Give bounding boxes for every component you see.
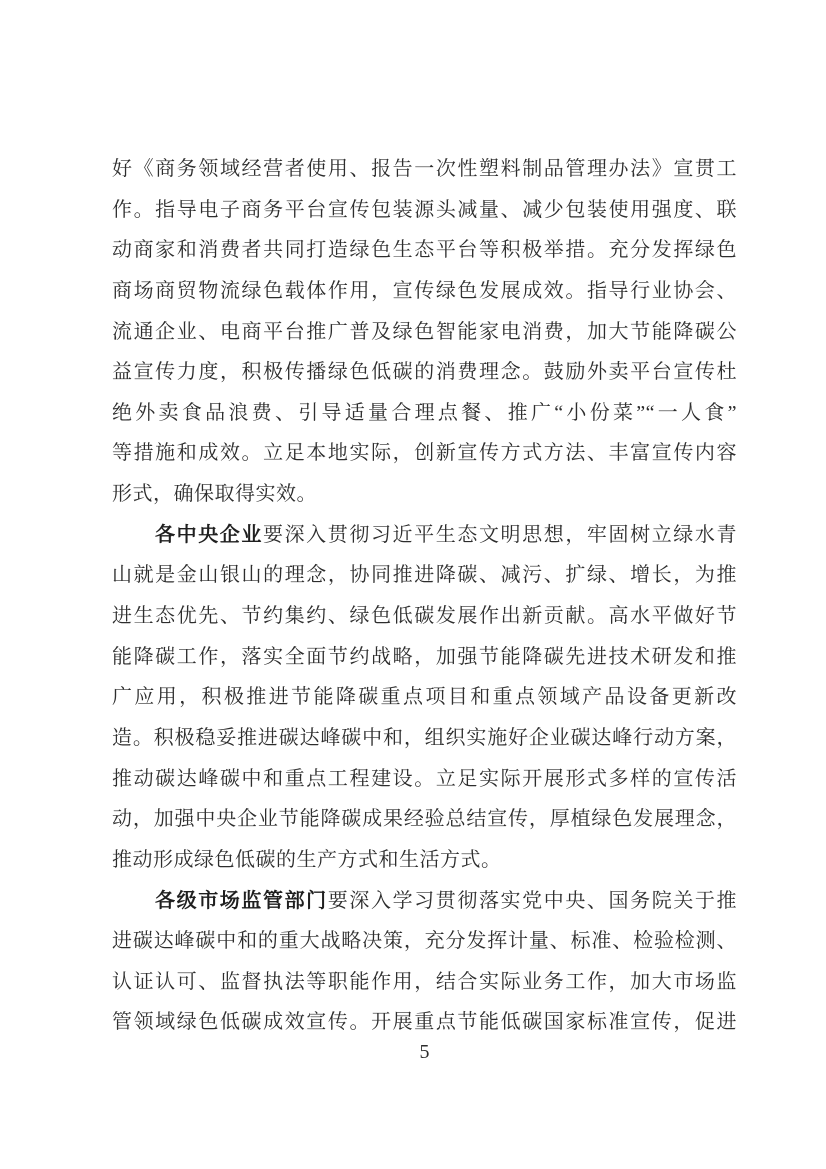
document-page: 好《商务领域经营者使用、报告一次性塑料制品管理办法》宣贯工作。指导电子商务平台宣… [0,0,826,1169]
text-line: 能降碳工作，落实全面节约战略，加强节能降碳先进技术研发和推 [112,637,737,678]
paragraph-commerce-plastic-continuation: 好《商务领域经营者使用、报告一次性塑料制品管理办法》宣贯工作。指导电子商务平台宣… [112,149,737,515]
text-line: 认证认可、监督执法等职能作用，结合实际业务工作，加大市场监 [112,962,737,1003]
text-line: 商场商贸物流绿色载体作用，宣传绿色发展成效。指导行业协会、 [112,271,737,312]
text-line: 形式，确保取得实效。 [112,474,737,515]
paragraph-lead-bold: 各级市场监管部门 [155,890,328,912]
page-number: 5 [112,1038,737,1066]
text-line: 各中央企业要深入贯彻习近平生态文明思想，牢固树立绿水青 [112,515,737,556]
text-line: 绝外卖食品浪费、引导适量合理点餐、推广“小份菜”“一人食” [112,393,737,434]
text-line: 作。指导电子商务平台宣传包装源头减量、减少包装使用强度、联 [112,190,737,231]
text-line: 山就是金山银山的理念，协同推进降碳、减污、扩绿、增长，为推 [112,555,737,596]
text-line: 进生态优先、节约集约、绿色低碳发展作出新贡献。高水平做好节 [112,596,737,637]
document-body: 好《商务领域经营者使用、报告一次性塑料制品管理办法》宣贯工作。指导电子商务平台宣… [112,149,737,1043]
text-line: 广应用，积极推进节能降碳重点项目和重点领域产品设备更新改 [112,677,737,718]
paragraph-lead-bold: 各中央企业 [155,524,263,546]
text-line: 推动碳达峰碳中和重点工程建设。立足实际开展形式多样的宣传活 [112,759,737,800]
text-line: 各级市场监管部门要深入学习贯彻落实党中央、国务院关于推 [112,881,737,922]
text-line: 等措施和成效。立足本地实际，创新宣传方式方法、丰富宣传内容 [112,433,737,474]
text-line: 管领域绿色低碳成效宣传。开展重点节能低碳国家标准宣传，促进 [112,1002,737,1043]
text-line: 动商家和消费者共同打造绿色生态平台等积极举措。充分发挥绿色 [112,230,737,271]
paragraph-central-enterprises: 各中央企业要深入贯彻习近平生态文明思想，牢固树立绿水青山就是金山银山的理念，协同… [112,515,737,881]
text-line: 推动形成绿色低碳的生产方式和生活方式。 [112,840,737,881]
text-line: 动，加强中央企业节能降碳成果经验总结宣传，厚植绿色发展理念， [112,799,737,840]
paragraph-market-regulation: 各级市场监管部门要深入学习贯彻落实党中央、国务院关于推进碳达峰碳中和的重大战略决… [112,881,737,1044]
text-line: 造。积极稳妥推进碳达峰碳中和，组织实施好企业碳达峰行动方案， [112,718,737,759]
text-line: 益宣传力度，积极传播绿色低碳的消费理念。鼓励外卖平台宣传杜 [112,352,737,393]
text-line: 进碳达峰碳中和的重大战略决策，充分发挥计量、标准、检验检测、 [112,921,737,962]
text-line: 好《商务领域经营者使用、报告一次性塑料制品管理办法》宣贯工 [112,149,737,190]
text-line: 流通企业、电商平台推广普及绿色智能家电消费，加大节能降碳公 [112,312,737,353]
